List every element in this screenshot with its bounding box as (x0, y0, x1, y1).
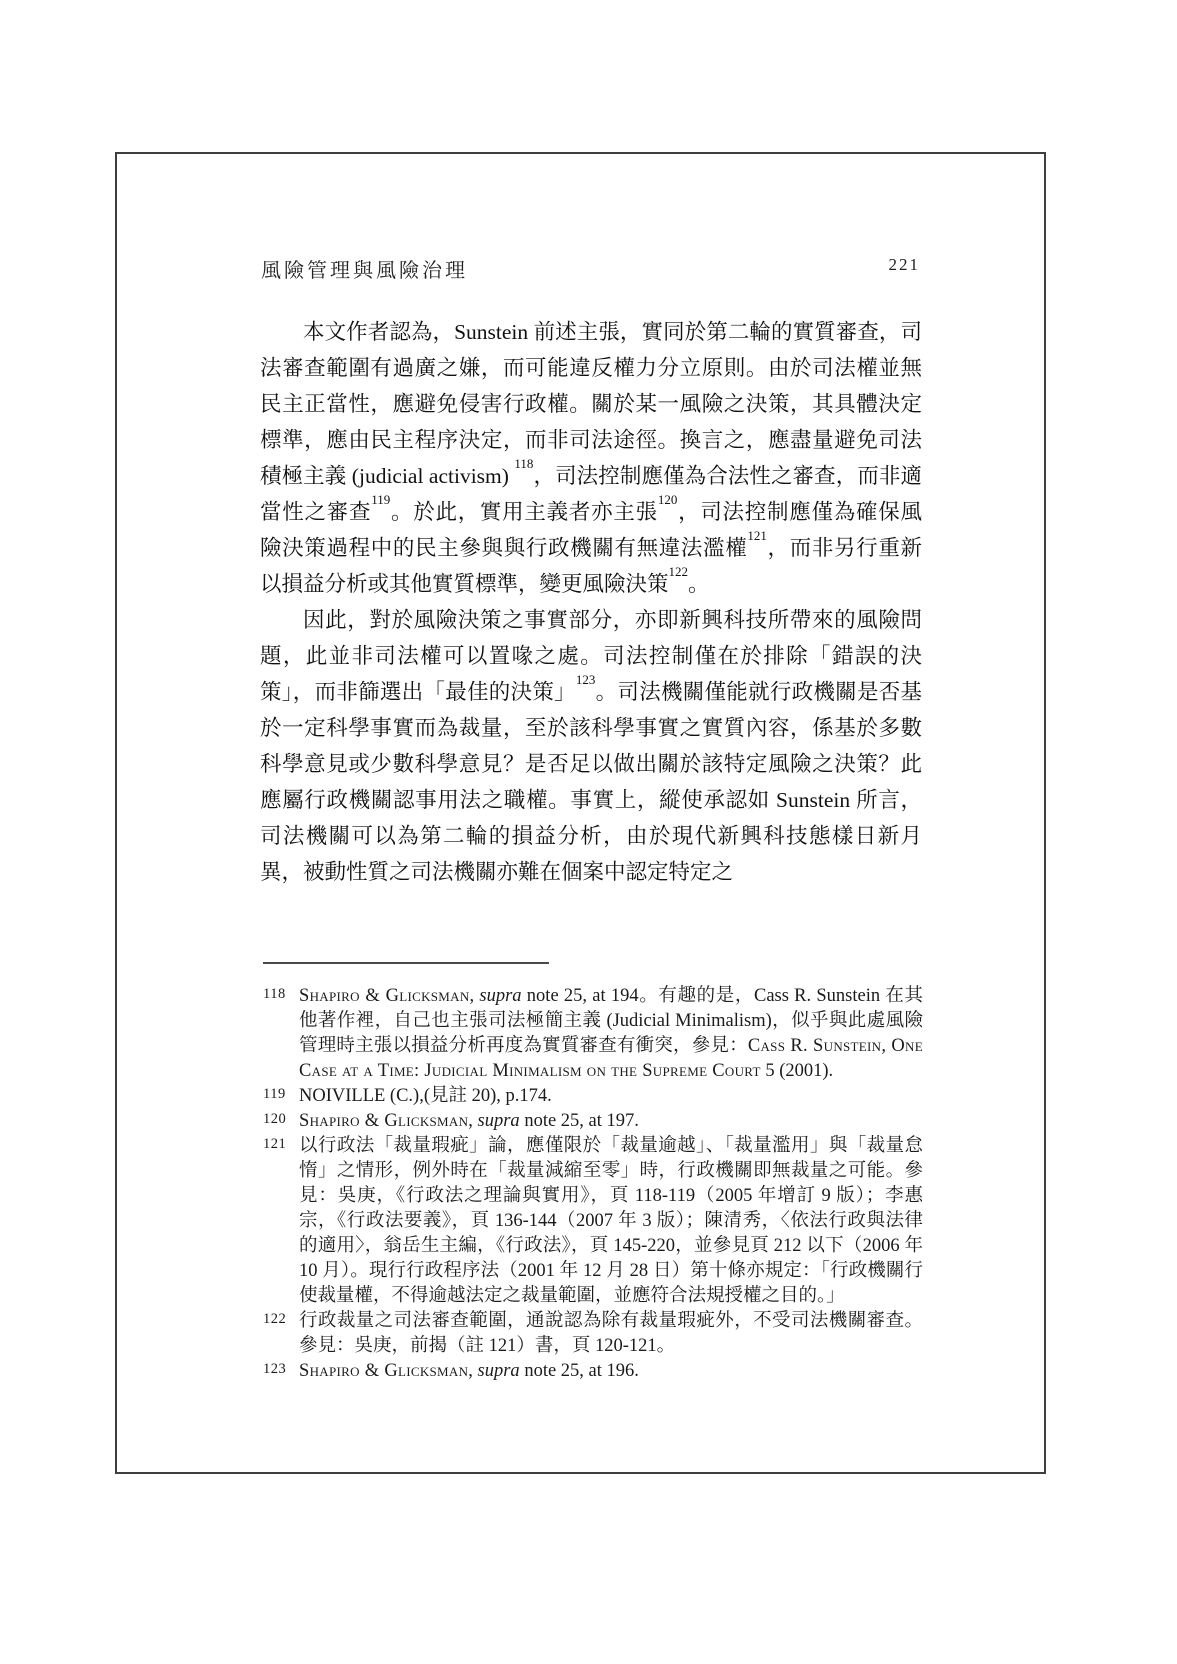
body-text-block: 本文作者認為，Sunstein 前述主張，實同於第二輪的實質審查，司法審查範圍有… (260, 314, 922, 890)
footnote-item: 118 Shapiro & Glicksman, supra note 25, … (263, 984, 923, 1084)
footnote-number: 121 (263, 1134, 299, 1153)
footnote-number: 120 (263, 1109, 299, 1128)
running-header-title: 風險管理與風險治理 (261, 254, 468, 283)
footnote-text: Shapiro & Glicksman, supra note 25, at 1… (299, 1109, 923, 1134)
footnote-text: Shapiro & Glicksman, supra note 25, at 1… (299, 984, 923, 1084)
footnote-number: 119 (263, 1084, 299, 1103)
footnote-item: 121 以行政法「裁量瑕疵」論，應僅限於「裁量逾越」、「裁量濫用」與「裁量怠惰」… (263, 1134, 923, 1309)
footnote-item: 120 Shapiro & Glicksman, supra note 25, … (263, 1109, 923, 1134)
footnote-text: 行政裁量之司法審查範圍，通說認為除有裁量瑕疵外，不受司法機關審查。參見：吳庚，前… (299, 1309, 923, 1359)
footnote-number: 123 (263, 1359, 299, 1378)
footnote-number: 122 (263, 1309, 299, 1328)
paragraph: 本文作者認為，Sunstein 前述主張，實同於第二輪的實質審查，司法審查範圍有… (260, 314, 922, 602)
footnote-separator-rule (263, 962, 549, 964)
footnotes-section: 118 Shapiro & Glicksman, supra note 25, … (263, 984, 923, 1384)
page-border-frame: 風險管理與風險治理 221 本文作者認為，Sunstein 前述主張，實同於第二… (115, 152, 1046, 1474)
paragraph: 因此，對於風險決策之事實部分，亦即新興科技所帶來的風險問題，此並非司法權可以置喙… (260, 602, 922, 890)
footnote-item: 119 NOIVILLE (C.),(見註 20), p.174. (263, 1084, 923, 1109)
footnote-item: 122 行政裁量之司法審查範圍，通說認為除有裁量瑕疵外，不受司法機關審查。參見：… (263, 1309, 923, 1359)
footnote-item: 123 Shapiro & Glicksman, supra note 25, … (263, 1359, 923, 1384)
footnote-text: NOIVILLE (C.),(見註 20), p.174. (299, 1084, 923, 1109)
scanned-page: { "page": { "header_title": "風險管理與風險治理",… (0, 0, 1177, 1664)
footnote-text: 以行政法「裁量瑕疵」論，應僅限於「裁量逾越」、「裁量濫用」與「裁量怠惰」之情形，… (299, 1134, 923, 1309)
page-number: 221 (889, 255, 921, 275)
footnote-number: 118 (263, 984, 299, 1003)
footnote-text: Shapiro & Glicksman, supra note 25, at 1… (299, 1359, 923, 1384)
